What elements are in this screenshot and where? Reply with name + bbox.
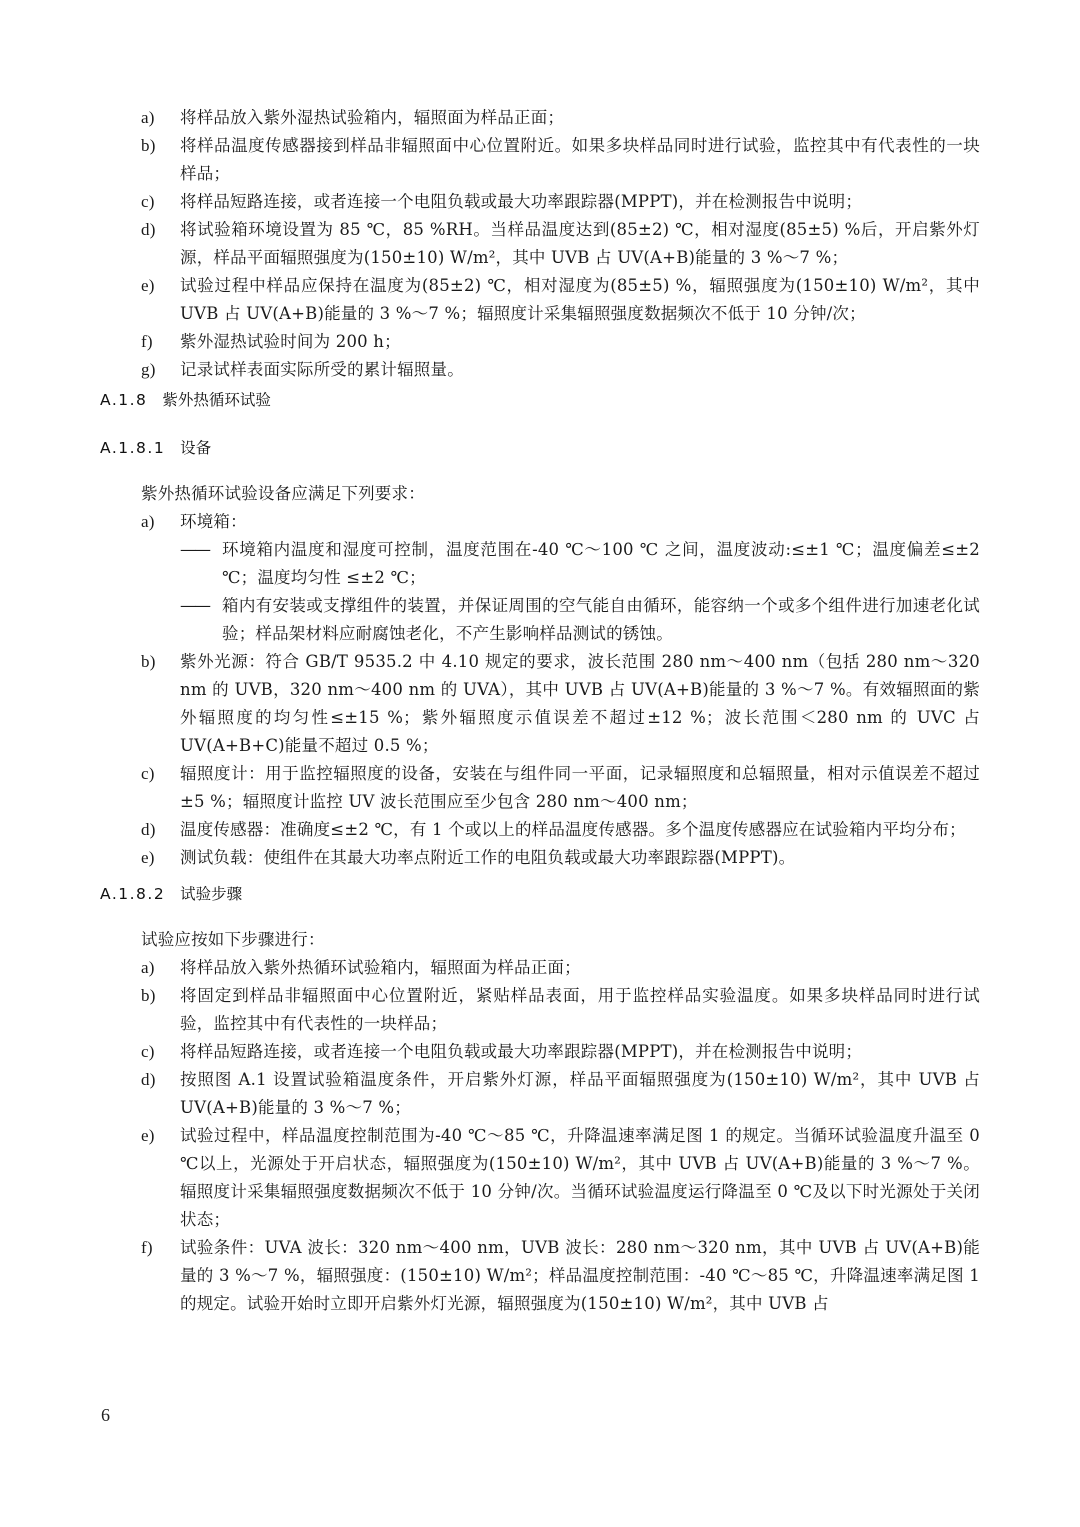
list-item-label: e) (141, 1122, 155, 1150)
document-page: a) 将样品放入紫外湿热试验箱内，辐照面为样品正面； b) 将样品温度传感器接到… (0, 0, 1080, 1527)
section-title: 设备 (180, 439, 211, 457)
em-dash: —— (180, 536, 220, 564)
list-item-text: 将样品温度传感器接到样品非辐照面中心位置附近。如果多块样品同时进行试验，监控其中… (180, 136, 980, 183)
list-item-text: 紫外光源：符合 GB/T 9535.2 中 4.10 规定的要求，波长范围 28… (180, 652, 980, 755)
dash-list-item-text: 环境箱内温度和湿度可控制，温度范围在-40 ℃～100 ℃ 之间，温度波动:≤±… (222, 540, 980, 587)
list-item-label: f) (141, 1234, 153, 1262)
list-item: b) 将样品温度传感器接到样品非辐照面中心位置附近。如果多块样品同时进行试验，监… (100, 132, 980, 188)
list-item: c) 辐照度计：用于监控辐照度的设备，安装在与组件同一平面，记录辐照度和总辐照量… (100, 760, 980, 816)
list-item-text: 试验过程中，样品温度控制范围为-40 ℃～85 ℃，升降温速率满足图 1 的规定… (180, 1126, 980, 1229)
equipment-requirements-list: a) 环境箱： —— 环境箱内温度和湿度可控制，温度范围在-40 ℃～100 ℃… (100, 508, 980, 872)
list-item: e) 测试负载：使组件在其最大功率点附近工作的电阻负载或最大功率跟踪器(MPPT… (100, 844, 980, 872)
list-item-label: e) (141, 844, 155, 872)
section-heading-a18: A.1.8 紫外热循环试验 (100, 386, 980, 414)
uv-damp-heat-steps-list: a) 将样品放入紫外湿热试验箱内，辐照面为样品正面； b) 将样品温度传感器接到… (100, 104, 980, 384)
section-number: A.1.8.1 (100, 439, 165, 457)
list-item-label: b) (141, 132, 156, 160)
page-number: 6 (101, 1405, 110, 1426)
list-item-text: 将试验箱环境设置为 85 ℃，85 %RH。当样品温度达到(85±2) ℃，相对… (180, 220, 980, 267)
list-item: f) 紫外湿热试验时间为 200 h； (100, 328, 980, 356)
list-item-label: f) (141, 328, 153, 356)
list-item-text: 将固定到样品非辐照面中心位置附近，紧贴样品表面，用于监控样品实验温度。如果多块样… (180, 986, 980, 1033)
list-item: d) 按照图 A.1 设置试验箱温度条件，开启紫外灯源，样品平面辐照强度为(15… (100, 1066, 980, 1122)
list-item-text: 按照图 A.1 设置试验箱温度条件，开启紫外灯源，样品平面辐照强度为(150±1… (180, 1070, 980, 1117)
list-item: e) 试验过程中，样品温度控制范围为-40 ℃～85 ℃，升降温速率满足图 1 … (100, 1122, 980, 1234)
list-item-text: 将样品放入紫外热循环试验箱内，辐照面为样品正面； (180, 958, 581, 977)
section-title: 紫外热循环试验 (162, 391, 271, 409)
em-dash: —— (180, 592, 220, 620)
list-item-text: 辐照度计：用于监控辐照度的设备，安装在与组件同一平面，记录辐照度和总辐照量，相对… (180, 764, 980, 811)
list-item-text: 温度传感器：准确度≤±2 ℃，有 1 个或以上的样品温度传感器。多个温度传感器应… (180, 820, 966, 839)
list-item: d) 温度传感器：准确度≤±2 ℃，有 1 个或以上的样品温度传感器。多个温度传… (100, 816, 980, 844)
list-item-text: 试验条件：UVA 波长：320 nm～400 nm，UVB 波长：280 nm～… (180, 1238, 980, 1313)
section-heading-a181: A.1.8.1 设备 (100, 434, 980, 462)
list-item-label: d) (141, 216, 156, 244)
page-content: a) 将样品放入紫外湿热试验箱内，辐照面为样品正面； b) 将样品温度传感器接到… (100, 104, 980, 1318)
list-item-label: b) (141, 982, 156, 1010)
list-item-label: b) (141, 648, 156, 676)
list-item: c) 将样品短路连接，或者连接一个电阻负载或最大功率跟踪器(MPPT)，并在检测… (100, 1038, 980, 1066)
list-item-label: d) (141, 816, 156, 844)
list-item: d) 将试验箱环境设置为 85 ℃，85 %RH。当样品温度达到(85±2) ℃… (100, 216, 980, 272)
list-item-text: 环境箱： (180, 512, 247, 531)
list-item-label: a) (141, 954, 155, 982)
list-item-text: 试验过程中样品应保持在温度为(85±2) ℃，相对湿度为(85±5) %，辐照强… (180, 276, 980, 323)
list-item-text: 将样品放入紫外湿热试验箱内，辐照面为样品正面； (180, 108, 564, 127)
list-item: a) 环境箱： (100, 508, 980, 536)
list-item-label: c) (141, 188, 155, 216)
test-procedure-intro: 试验应按如下步骤进行： (100, 926, 980, 954)
list-item: b) 紫外光源：符合 GB/T 9535.2 中 4.10 规定的要求，波长范围… (100, 648, 980, 760)
list-item-text: 将样品短路连接，或者连接一个电阻负载或最大功率跟踪器(MPPT)，并在检测报告中… (180, 192, 862, 211)
list-item-label: e) (141, 272, 155, 300)
list-item-text: 将样品短路连接，或者连接一个电阻负载或最大功率跟踪器(MPPT)，并在检测报告中… (180, 1042, 862, 1061)
dash-list-item: —— 箱内有安装或支撑组件的装置，并保证周围的空气能自由循环，能容纳一个或多个组… (100, 592, 980, 648)
list-item-label: a) (141, 508, 155, 536)
list-item: f) 试验条件：UVA 波长：320 nm～400 nm，UVB 波长：280 … (100, 1234, 980, 1318)
list-item-label: c) (141, 760, 155, 788)
list-item-text: 记录试样表面实际所受的累计辐照量。 (180, 360, 464, 379)
section-number: A.1.8 (100, 391, 147, 409)
test-procedure-list: a) 将样品放入紫外热循环试验箱内，辐照面为样品正面； b) 将固定到样品非辐照… (100, 954, 980, 1318)
list-item: e) 试验过程中样品应保持在温度为(85±2) ℃，相对湿度为(85±5) %，… (100, 272, 980, 328)
list-item-label: d) (141, 1066, 156, 1094)
list-item-label: g) (141, 356, 156, 384)
list-item-text: 紫外湿热试验时间为 200 h； (180, 332, 401, 351)
list-item: c) 将样品短路连接，或者连接一个电阻负载或最大功率跟踪器(MPPT)，并在检测… (100, 188, 980, 216)
list-item: b) 将固定到样品非辐照面中心位置附近，紧贴样品表面，用于监控样品实验温度。如果… (100, 982, 980, 1038)
dash-list-item: —— 环境箱内温度和湿度可控制，温度范围在-40 ℃～100 ℃ 之间，温度波动… (100, 536, 980, 592)
equipment-intro: 紫外热循环试验设备应满足下列要求： (100, 480, 980, 508)
list-item-label: a) (141, 104, 155, 132)
list-item-text: 测试负载：使组件在其最大功率点附近工作的电阻负载或最大功率跟踪器(MPPT)。 (180, 848, 795, 867)
list-item: g) 记录试样表面实际所受的累计辐照量。 (100, 356, 980, 384)
section-heading-a182: A.1.8.2 试验步骤 (100, 880, 980, 908)
list-item-label: c) (141, 1038, 155, 1066)
section-number: A.1.8.2 (100, 885, 165, 903)
section-title: 试验步骤 (180, 885, 242, 903)
list-item: a) 将样品放入紫外湿热试验箱内，辐照面为样品正面； (100, 104, 980, 132)
dash-list-item-text: 箱内有安装或支撑组件的装置，并保证周围的空气能自由循环，能容纳一个或多个组件进行… (222, 596, 980, 643)
list-item: a) 将样品放入紫外热循环试验箱内，辐照面为样品正面； (100, 954, 980, 982)
